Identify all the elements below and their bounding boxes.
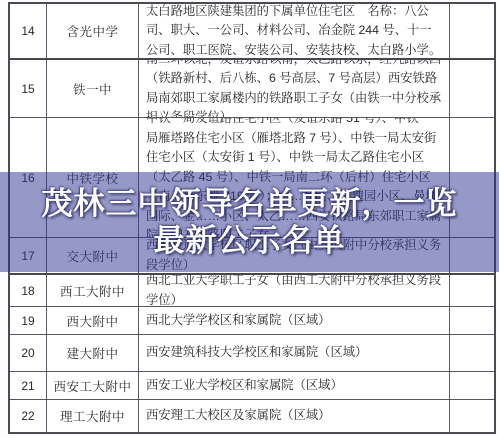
headline-banner: 茂林三中领导名单更新，一览 最新公示名单 — [0, 172, 499, 272]
district-desc: 西北工业大学职工子女（由西工大附中分校承担义务段学位） — [146, 275, 442, 306]
district-desc-cell: 西安理工大校区及家属院（区域） — [139, 400, 450, 432]
empty-cell — [450, 335, 494, 371]
district-desc: 西安工业大学校区和家属院（区域） — [146, 376, 442, 396]
row-number: 15 — [10, 60, 47, 117]
empty-cell — [450, 4, 494, 58]
empty-cell — [450, 400, 494, 432]
district-desc: 西北大学学校区和家属院（区域） — [146, 311, 442, 331]
district-desc: 西安理工大校区及家属院（区域） — [146, 406, 442, 426]
empty-cell — [450, 307, 494, 334]
row-number: 14 — [10, 4, 47, 58]
school-name: 西大附中 — [47, 307, 139, 334]
district-desc: 太白路地区陕建集团的下属单位住宅区 名称：八公司、职大、一公司、材料公司、冶金院… — [146, 4, 442, 58]
row-number: 21 — [10, 372, 47, 399]
school-name: 建大附中 — [47, 335, 139, 371]
table-row: 15 铁一中 南二环以北，友谊东路以南，太乙路以东，经九路以西（铁路新村、后八栋… — [10, 60, 494, 118]
empty-cell — [450, 372, 494, 399]
school-name: 铁一中 — [47, 60, 139, 117]
row-number: 18 — [10, 275, 47, 306]
row-number: 20 — [10, 335, 47, 371]
table-row: 21 西安工大附中 西安工业大学校区和家属院（区域） — [10, 372, 494, 400]
row-number: 22 — [10, 400, 47, 432]
school-name: 含光中学 — [47, 4, 139, 58]
district-desc: 西安建筑科技大学校区和家属院（区域） — [146, 343, 442, 363]
empty-cell — [450, 60, 494, 117]
empty-cell — [450, 275, 494, 306]
district-desc-cell: 南二环以北，友谊东路以南，太乙路以东，经九路以西（铁路新村、后八栋、6 号高层、… — [139, 60, 450, 117]
row-number: 19 — [10, 307, 47, 334]
district-desc-cell: 西北大学学校区和家属院（区域） — [139, 307, 450, 334]
district-desc-cell: 太白路地区陕建集团的下属单位住宅区 名称：八公司、职大、一公司、材料公司、冶金院… — [139, 4, 450, 58]
district-desc: 南二环以北，友谊东路以南，太乙路以东，经九路以西（铁路新村、后八栋、6 号高层、… — [146, 60, 442, 117]
table-row: 19 西大附中 西北大学学校区和家属院（区域） — [10, 307, 494, 335]
school-name: 西安工大附中 — [47, 372, 139, 399]
table-row: 18 西工大附中 西北工业大学职工子女（由西工大附中分校承担义务段学位） — [10, 275, 494, 307]
table-row: 22 理工大附中 西安理工大校区及家属院（区域） — [10, 400, 494, 432]
school-name: 理工大附中 — [47, 400, 139, 432]
district-desc-cell: 西安建筑科技大学校区和家属院（区域） — [139, 335, 450, 371]
district-desc-cell: 西北工业大学职工子女（由西工大附中分校承担义务段学位） — [139, 275, 450, 306]
table-row: 14 含光中学 太白路地区陕建集团的下属单位住宅区 名称：八公司、职大、一公司、… — [10, 4, 494, 60]
headline-line-1: 茂林三中领导名单更新，一览 — [42, 185, 458, 222]
school-name: 西工大附中 — [47, 275, 139, 306]
table-row: 20 建大附中 西安建筑科技大学校区和家属院（区域） — [10, 335, 494, 372]
district-desc-cell: 西安工业大学校区和家属院（区域） — [139, 372, 450, 399]
headline-line-2: 最新公示名单 — [154, 222, 346, 259]
